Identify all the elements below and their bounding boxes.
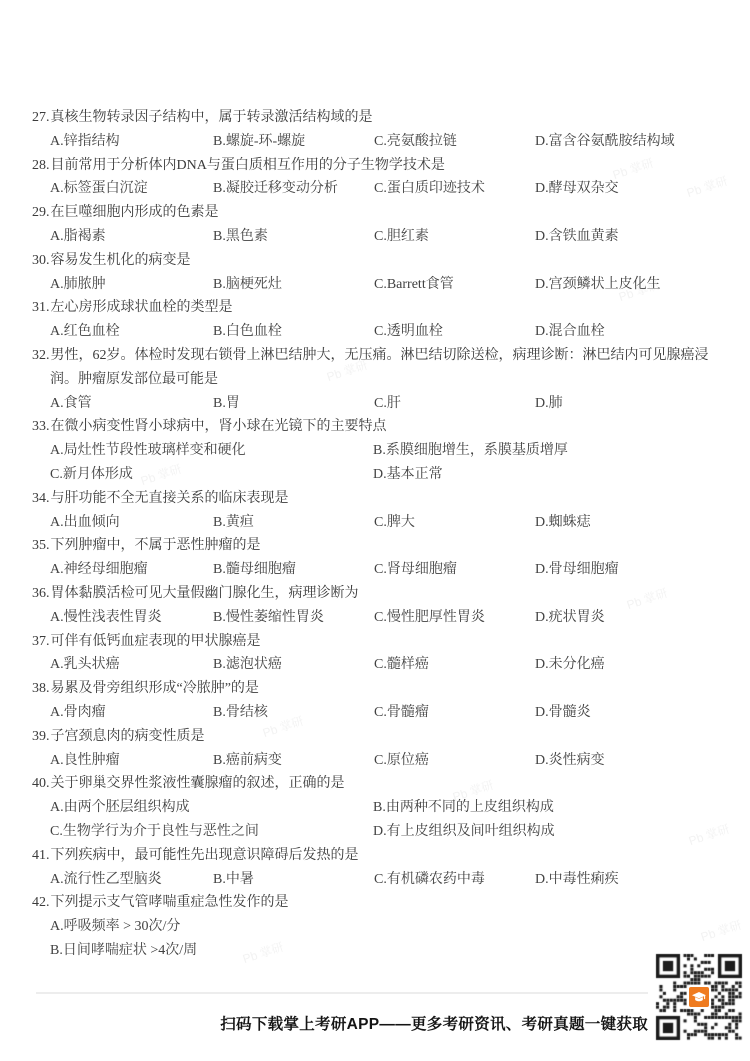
question-number: 41. bbox=[32, 848, 50, 863]
question-stem: 29.在巨噬细胞内形成的色素是 bbox=[32, 201, 732, 225]
question-item: 38.易累及骨旁组织形成“冷脓肿”的是A.骨肉瘤B.骨结核C.骨髓瘤D.骨髓炎 bbox=[32, 677, 732, 725]
option-row: A.标签蛋白沉淀B.凝胶迁移变动分析C.蛋白质印迹技术D.酵母双杂交 bbox=[32, 177, 732, 201]
option-A: A.骨肉瘤 bbox=[50, 701, 106, 725]
option-C: C.肝 bbox=[374, 392, 401, 416]
option-C: C.骨髓瘤 bbox=[374, 701, 429, 725]
question-stem: 35.下列肿瘤中，不属于恶性肿瘤的是 bbox=[32, 534, 732, 558]
option-D: D.基本正常 bbox=[373, 463, 443, 487]
option-A: A.出血倾向 bbox=[50, 511, 120, 535]
option-A: A.锌指结构 bbox=[50, 130, 120, 154]
option-D: D.疣状胃炎 bbox=[535, 606, 605, 630]
question-item: 31.左心房形成球状血栓的类型是A.红色血栓B.白色血栓C.透明血栓D.混合血栓 bbox=[32, 296, 732, 344]
option-A: A.良性肿瘤 bbox=[50, 749, 120, 773]
option-row: A.骨肉瘤B.骨结核C.骨髓瘤D.骨髓炎 bbox=[32, 701, 732, 725]
option-D: D.骨母细胞瘤 bbox=[535, 558, 619, 582]
option-D: D.骨髓炎 bbox=[535, 701, 591, 725]
question-number: 27. bbox=[32, 110, 50, 125]
option-C: C.有机磷农药中毒 bbox=[374, 868, 485, 892]
question-number: 32. bbox=[32, 348, 50, 363]
question-stem: 42.下列提示支气管哮喘重症急性发作的是 bbox=[32, 891, 732, 915]
option-B: B.癌前病变 bbox=[213, 749, 282, 773]
question-list: 27.真核生物转录因子结构中，属于转录激活结构域的是A.锌指结构B.螺旋-环-螺… bbox=[32, 106, 732, 963]
option-D: D.含铁血黄素 bbox=[535, 225, 619, 249]
option-C: C.髓样癌 bbox=[374, 653, 429, 677]
question-stem: 27.真核生物转录因子结构中，属于转录激活结构域的是 bbox=[32, 106, 732, 130]
option-A: A.神经母细胞瘤 bbox=[50, 558, 148, 582]
question-item: 40.关于卵巢交界性浆液性囊腺瘤的叙述，正确的是A.由两个胚层组织构成B.由两种… bbox=[32, 772, 732, 843]
option-A: A.脂褐素 bbox=[50, 225, 106, 249]
option-A: A.食管 bbox=[50, 392, 92, 416]
option-row: C.生物学行为介于良性与恶性之间D.有上皮组织及间叶组织构成 bbox=[32, 820, 732, 844]
question-stem: 39.子宫颈息肉的病变性质是 bbox=[32, 725, 732, 749]
option-A: A.局灶性节段性玻璃样变和硬化 bbox=[50, 439, 246, 463]
option-A: A.由两个胚层组织构成 bbox=[50, 796, 190, 820]
option-row: B.日间哮喘症状 >4次/周 bbox=[32, 939, 732, 963]
option-B: B.由两种不同的上皮组织构成 bbox=[373, 796, 554, 820]
question-number: 35. bbox=[32, 538, 50, 553]
option-row: A.出血倾向B.黄疸C.脾大D.蜘蛛痣 bbox=[32, 511, 732, 535]
option-C: C.亮氨酸拉链 bbox=[374, 130, 457, 154]
question-number: 36. bbox=[32, 586, 50, 601]
footer-slogan: 扫码下载掌上考研APP——更多考研资讯、考研真题一键获取 bbox=[0, 1012, 648, 1034]
option-B: B.髓母细胞瘤 bbox=[213, 558, 296, 582]
footer-divider bbox=[36, 992, 648, 994]
option-A: A.红色血栓 bbox=[50, 320, 120, 344]
question-item: 36.胃体黏膜活检可见大量假幽门腺化生，病理诊断为A.慢性浅表性胃炎B.慢性萎缩… bbox=[32, 582, 732, 630]
qr-code bbox=[652, 948, 746, 1046]
option-row: A.红色血栓B.白色血栓C.透明血栓D.混合血栓 bbox=[32, 320, 732, 344]
option-C: C.肾母细胞瘤 bbox=[374, 558, 457, 582]
question-number: 30. bbox=[32, 253, 50, 268]
option-row: A.神经母细胞瘤B.髓母细胞瘤C.肾母细胞瘤D.骨母细胞瘤 bbox=[32, 558, 732, 582]
option-B: B.滤泡状癌 bbox=[213, 653, 282, 677]
option-D: D.炎性病变 bbox=[535, 749, 605, 773]
question-number: 40. bbox=[32, 776, 50, 791]
question-stem-continued: 润。肿瘤原发部位最可能是 bbox=[32, 368, 732, 392]
option-row: A.局灶性节段性玻璃样变和硬化B.系膜细胞增生，系膜基质增厚 bbox=[32, 439, 732, 463]
option-D: D.蜘蛛痣 bbox=[535, 511, 591, 535]
option-B: B.黄疸 bbox=[213, 511, 254, 535]
option-B: B.系膜细胞增生，系膜基质增厚 bbox=[373, 439, 568, 463]
question-stem: 28.目前常用于分析体内DNA与蛋白质相互作用的分子生物学技术是 bbox=[32, 154, 732, 178]
option-A: A.呼吸频率 > 30次/分 bbox=[50, 915, 180, 939]
option-C: C.新月体形成 bbox=[50, 463, 133, 487]
question-item: 27.真核生物转录因子结构中，属于转录激活结构域的是A.锌指结构B.螺旋-环-螺… bbox=[32, 106, 732, 154]
question-number: 34. bbox=[32, 491, 50, 506]
question-item: 28.目前常用于分析体内DNA与蛋白质相互作用的分子生物学技术是A.标签蛋白沉淀… bbox=[32, 154, 732, 202]
question-item: 37.可伴有低钙血症表现的甲状腺癌是A.乳头状癌B.滤泡状癌C.髓样癌D.未分化… bbox=[32, 630, 732, 678]
option-row: A.食管B.胃C.肝D.肺 bbox=[32, 392, 732, 416]
question-number: 28. bbox=[32, 158, 50, 173]
question-stem: 33.在微小病变性肾小球病中，肾小球在光镜下的主要特点 bbox=[32, 415, 732, 439]
question-stem: 34.与肝功能不全无直接关系的临床表现是 bbox=[32, 487, 732, 511]
question-item: 29.在巨噬细胞内形成的色素是A.脂褐素B.黑色素C.胆红素D.含铁血黄素 bbox=[32, 201, 732, 249]
question-stem: 37.可伴有低钙血症表现的甲状腺癌是 bbox=[32, 630, 732, 654]
question-item: 42.下列提示支气管哮喘重症急性发作的是A.呼吸频率 > 30次/分B.日间哮喘… bbox=[32, 891, 732, 962]
option-B: B.胃 bbox=[213, 392, 240, 416]
question-number: 38. bbox=[32, 681, 50, 696]
option-row: A.由两个胚层组织构成B.由两种不同的上皮组织构成 bbox=[32, 796, 732, 820]
option-B: B.日间哮喘症状 >4次/周 bbox=[50, 939, 197, 963]
graduation-cap-icon bbox=[687, 985, 711, 1009]
option-C: C.透明血栓 bbox=[374, 320, 443, 344]
option-A: A.慢性浅表性胃炎 bbox=[50, 606, 162, 630]
option-B: B.慢性萎缩性胃炎 bbox=[213, 606, 324, 630]
option-row: A.良性肿瘤B.癌前病变C.原位癌D.炎性病变 bbox=[32, 749, 732, 773]
option-row: A.肺脓肿B.脑梗死灶C.Barrett食管D.宫颈鳞状上皮化生 bbox=[32, 273, 732, 297]
question-number: 29. bbox=[32, 205, 50, 220]
option-row: A.乳头状癌B.滤泡状癌C.髓样癌D.未分化癌 bbox=[32, 653, 732, 677]
option-C: C.脾大 bbox=[374, 511, 415, 535]
question-number: 33. bbox=[32, 419, 50, 434]
option-C: C.胆红素 bbox=[374, 225, 429, 249]
question-stem: 36.胃体黏膜活检可见大量假幽门腺化生，病理诊断为 bbox=[32, 582, 732, 606]
option-B: B.中暑 bbox=[213, 868, 254, 892]
option-B: B.脑梗死灶 bbox=[213, 273, 282, 297]
question-stem: 38.易累及骨旁组织形成“冷脓肿”的是 bbox=[32, 677, 732, 701]
question-stem: 30.容易发生机化的病变是 bbox=[32, 249, 732, 273]
question-item: 39.子宫颈息肉的病变性质是A.良性肿瘤B.癌前病变C.原位癌D.炎性病变 bbox=[32, 725, 732, 773]
question-number: 42. bbox=[32, 895, 50, 910]
question-item: 32.男性，62岁。体检时发现右锁骨上淋巴结肿大，无压痛。淋巴结切除送检，病理诊… bbox=[32, 344, 732, 415]
option-row: A.慢性浅表性胃炎B.慢性萎缩性胃炎C.慢性肥厚性胃炎D.疣状胃炎 bbox=[32, 606, 732, 630]
question-stem: 41.下列疾病中，最可能性先出现意识障碍后发热的是 bbox=[32, 844, 732, 868]
option-A: A.乳头状癌 bbox=[50, 653, 120, 677]
option-A: A.标签蛋白沉淀 bbox=[50, 177, 148, 201]
option-D: D.未分化癌 bbox=[535, 653, 605, 677]
option-B: B.凝胶迁移变动分析 bbox=[213, 177, 338, 201]
option-D: D.有上皮组织及间叶组织构成 bbox=[373, 820, 555, 844]
question-item: 34.与肝功能不全无直接关系的临床表现是A.出血倾向B.黄疸C.脾大D.蜘蛛痣 bbox=[32, 487, 732, 535]
option-A: A.流行性乙型脑炎 bbox=[50, 868, 162, 892]
option-B: B.骨结核 bbox=[213, 701, 268, 725]
option-D: D.肺 bbox=[535, 392, 563, 416]
option-C: C.蛋白质印迹技术 bbox=[374, 177, 485, 201]
option-B: B.黑色素 bbox=[213, 225, 268, 249]
option-B: B.白色血栓 bbox=[213, 320, 282, 344]
option-D: D.富含谷氨酰胺结构域 bbox=[535, 130, 675, 154]
option-D: D.中毒性痢疾 bbox=[535, 868, 619, 892]
option-C: C.生物学行为介于良性与恶性之间 bbox=[50, 820, 259, 844]
question-number: 39. bbox=[32, 729, 50, 744]
option-B: B.螺旋-环-螺旋 bbox=[213, 130, 305, 154]
option-D: D.酵母双杂交 bbox=[535, 177, 619, 201]
question-number: 37. bbox=[32, 634, 50, 649]
question-item: 33.在微小病变性肾小球病中，肾小球在光镜下的主要特点A.局灶性节段性玻璃样变和… bbox=[32, 415, 732, 486]
option-A: A.肺脓肿 bbox=[50, 273, 106, 297]
option-row: A.锌指结构B.螺旋-环-螺旋C.亮氨酸拉链D.富含谷氨酰胺结构域 bbox=[32, 130, 732, 154]
question-stem: 32.男性，62岁。体检时发现右锁骨上淋巴结肿大，无压痛。淋巴结切除送检，病理诊… bbox=[32, 344, 732, 368]
question-item: 35.下列肿瘤中，不属于恶性肿瘤的是A.神经母细胞瘤B.髓母细胞瘤C.肾母细胞瘤… bbox=[32, 534, 732, 582]
question-item: 30.容易发生机化的病变是A.肺脓肿B.脑梗死灶C.Barrett食管D.宫颈鳞… bbox=[32, 249, 732, 297]
question-stem: 40.关于卵巢交界性浆液性囊腺瘤的叙述，正确的是 bbox=[32, 772, 732, 796]
option-D: D.混合血栓 bbox=[535, 320, 605, 344]
option-D: D.宫颈鳞状上皮化生 bbox=[535, 273, 661, 297]
option-C: C.Barrett食管 bbox=[374, 273, 454, 297]
exam-paper-page: 27.真核生物转录因子结构中，属于转录激活结构域的是A.锌指结构B.螺旋-环-螺… bbox=[0, 0, 750, 1061]
option-row: A.流行性乙型脑炎B.中暑C.有机磷农药中毒D.中毒性痢疾 bbox=[32, 868, 732, 892]
question-item: 41.下列疾病中，最可能性先出现意识障碍后发热的是A.流行性乙型脑炎B.中暑C.… bbox=[32, 844, 732, 892]
option-row: A.脂褐素B.黑色素C.胆红素D.含铁血黄素 bbox=[32, 225, 732, 249]
question-stem: 31.左心房形成球状血栓的类型是 bbox=[32, 296, 732, 320]
option-C: C.原位癌 bbox=[374, 749, 429, 773]
option-C: C.慢性肥厚性胃炎 bbox=[374, 606, 485, 630]
option-row: C.新月体形成D.基本正常 bbox=[32, 463, 732, 487]
option-row: A.呼吸频率 > 30次/分 bbox=[32, 915, 732, 939]
question-number: 31. bbox=[32, 300, 50, 315]
